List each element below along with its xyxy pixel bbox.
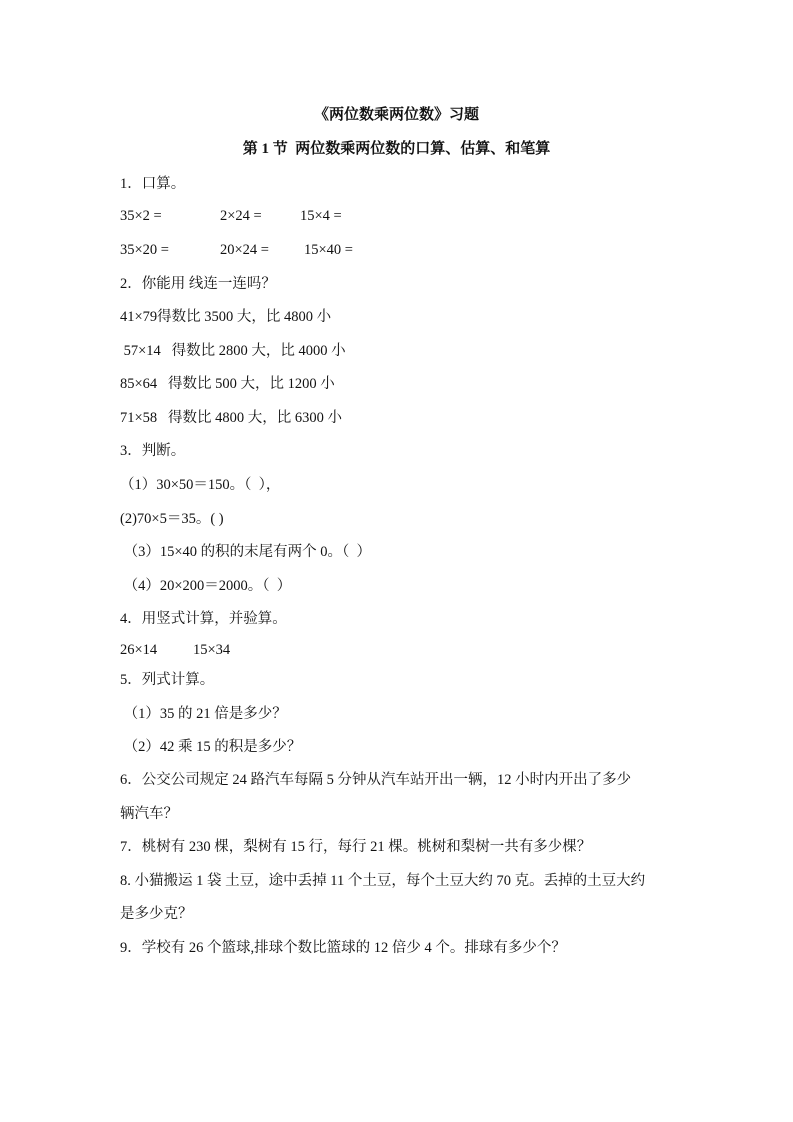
question-4-heading: 4．用竖式计算，并验算。 <box>120 609 287 629</box>
document-title: 《两位数乘两位数》习题 <box>0 105 793 125</box>
q3-item: （3）15×40 的积的末尾有两个 0。（ ） <box>120 542 371 562</box>
question-3-heading: 3．判断。 <box>120 441 185 461</box>
q2-item: 85×64 得数比 500 大，比 1200 小 <box>120 374 335 394</box>
question-7: 7．桃树有 230 棵，梨树有 15 行，每行 21 棵。桃树和梨树一共有多少棵… <box>120 837 591 857</box>
q5-item: （2）42 乘 15 的积是多少？ <box>120 737 301 757</box>
q1-item: 15×40 = <box>304 240 353 260</box>
q2-item: 71×58 得数比 4800 大，比 6300 小 <box>120 408 342 428</box>
q3-item: （4）20×200＝2000。（ ） <box>120 576 291 596</box>
q3-item: （1）30×50＝150。（ ）， <box>120 475 280 495</box>
q1-item: 2×24 = <box>220 206 262 226</box>
question-6-line2: 辆汽车？ <box>120 804 178 824</box>
q2-item: 57×14 得数比 2800 大，比 4000 小 <box>120 341 346 361</box>
q1-item: 35×20 = <box>120 240 169 260</box>
question-1-heading: 1．口算。 <box>120 174 185 194</box>
q1-item: 15×4 = <box>300 206 342 226</box>
question-5-heading: 5．列式计算。 <box>120 670 214 690</box>
q4-item: 15×34 <box>193 640 230 660</box>
q1-item: 20×24 = <box>220 240 269 260</box>
q3-item: (2)70×5＝35。( ) <box>120 509 224 529</box>
question-2-heading: 2．你能用 线连一连吗？ <box>120 274 276 294</box>
question-9: 9．学校有 26 个篮球,排球个数比篮球的 12 倍少 4 个。排球有多少个？ <box>120 938 566 958</box>
question-8-line2: 是多少克？ <box>120 904 193 924</box>
section-subtitle: 第 1 节 两位数乘两位数的口算、估算、和笔算 <box>0 139 793 159</box>
q4-item: 26×14 <box>120 640 157 660</box>
question-6-line1: 6．公交公司规定 24 路汽车每隔 5 分钟从汽车站开出一辆，12 小时内开出了… <box>120 770 631 790</box>
q1-item: 35×2 = <box>120 206 162 226</box>
q2-item: 41×79得数比 3500 大，比 4800 小 <box>120 307 331 327</box>
question-8-line1: 8. 小猫搬运 1 袋 土豆，途中丢掉 11 个土豆，每个土豆大约 70 克。丢… <box>120 871 645 891</box>
q5-item: （1）35 的 21 倍是多少？ <box>120 704 287 724</box>
